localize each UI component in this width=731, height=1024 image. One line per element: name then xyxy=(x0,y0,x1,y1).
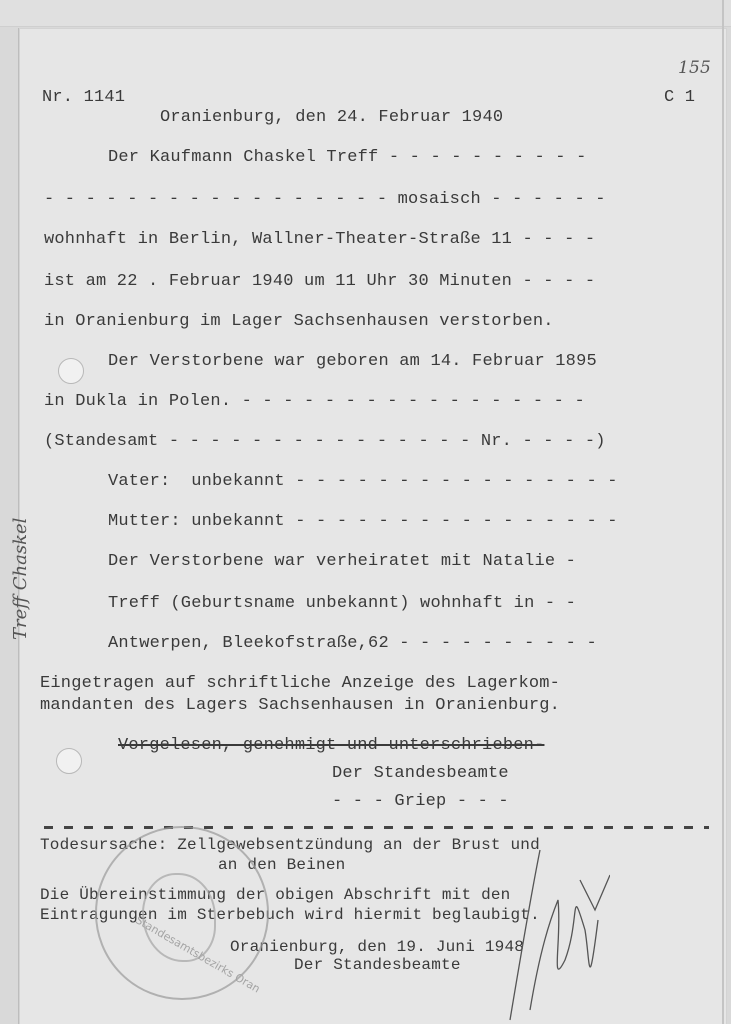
archive-page-number: 155 xyxy=(678,58,711,79)
text-line: Vater: unbekannt - - - - - - - - - - - -… xyxy=(108,472,618,491)
official-stamp: Standesamtsbezirks Oran xyxy=(95,826,269,1000)
struck-line: Vorgelesen, genehmigt und unterschrieben… xyxy=(118,736,544,755)
text-line: Treff (Geburtsname unbekannt) wohnhaft i… xyxy=(108,594,576,613)
text-line: ist am 22 . Februar 1940 um 11 Uhr 30 Mi… xyxy=(44,272,595,291)
text-line: Antwerpen, Bleekofstraße,62 - - - - - - … xyxy=(108,634,597,653)
entry-note: Eingetragen auf schriftliche Anzeige des… xyxy=(40,674,560,693)
scan-right-edge xyxy=(722,0,724,1024)
text-line: Der Kaufmann Chaskel Treff - - - - - - -… xyxy=(108,148,586,167)
registrar-name: - - - Griep - - - xyxy=(332,792,509,811)
text-line: Der Verstorbene war verheiratet mit Nata… xyxy=(108,552,576,571)
text-line: Der Verstorbene war geboren am 14. Febru… xyxy=(108,352,597,371)
registrar-title: Der Standesbeamte xyxy=(332,764,509,783)
punch-hole xyxy=(58,358,84,384)
cause-of-death: Todesursache: Zellgewebsentzündung an de… xyxy=(40,836,540,854)
archive-code: C 1 xyxy=(664,88,695,107)
punch-hole xyxy=(56,748,82,774)
register-number: Nr. 1141 xyxy=(42,88,125,107)
text-line: (Standesamt - - - - - - - - - - - - - - … xyxy=(44,432,606,451)
text-line: - - - - - - - - - - - - - - - - - mosais… xyxy=(44,190,606,209)
place-date: Oranienburg, den 24. Februar 1940 xyxy=(160,108,503,127)
text-line: Mutter: unbekannt - - - - - - - - - - - … xyxy=(108,512,618,531)
dashed-separator xyxy=(44,826,709,829)
text-line: in Dukla in Polen. - - - - - - - - - - -… xyxy=(44,392,585,411)
entry-note: mandanten des Lagers Sachsenhausen in Or… xyxy=(40,696,560,715)
signature xyxy=(470,840,610,1024)
text-line: in Oranienburg im Lager Sachsenhausen ve… xyxy=(44,312,554,331)
scan-top-edge xyxy=(0,0,731,27)
margin-handwritten-note: Treff Chaskel xyxy=(10,518,31,640)
text-line: wohnhaft in Berlin, Wallner-Theater-Stra… xyxy=(44,230,595,249)
certification-registrar: Der Standesbeamte xyxy=(294,956,461,974)
